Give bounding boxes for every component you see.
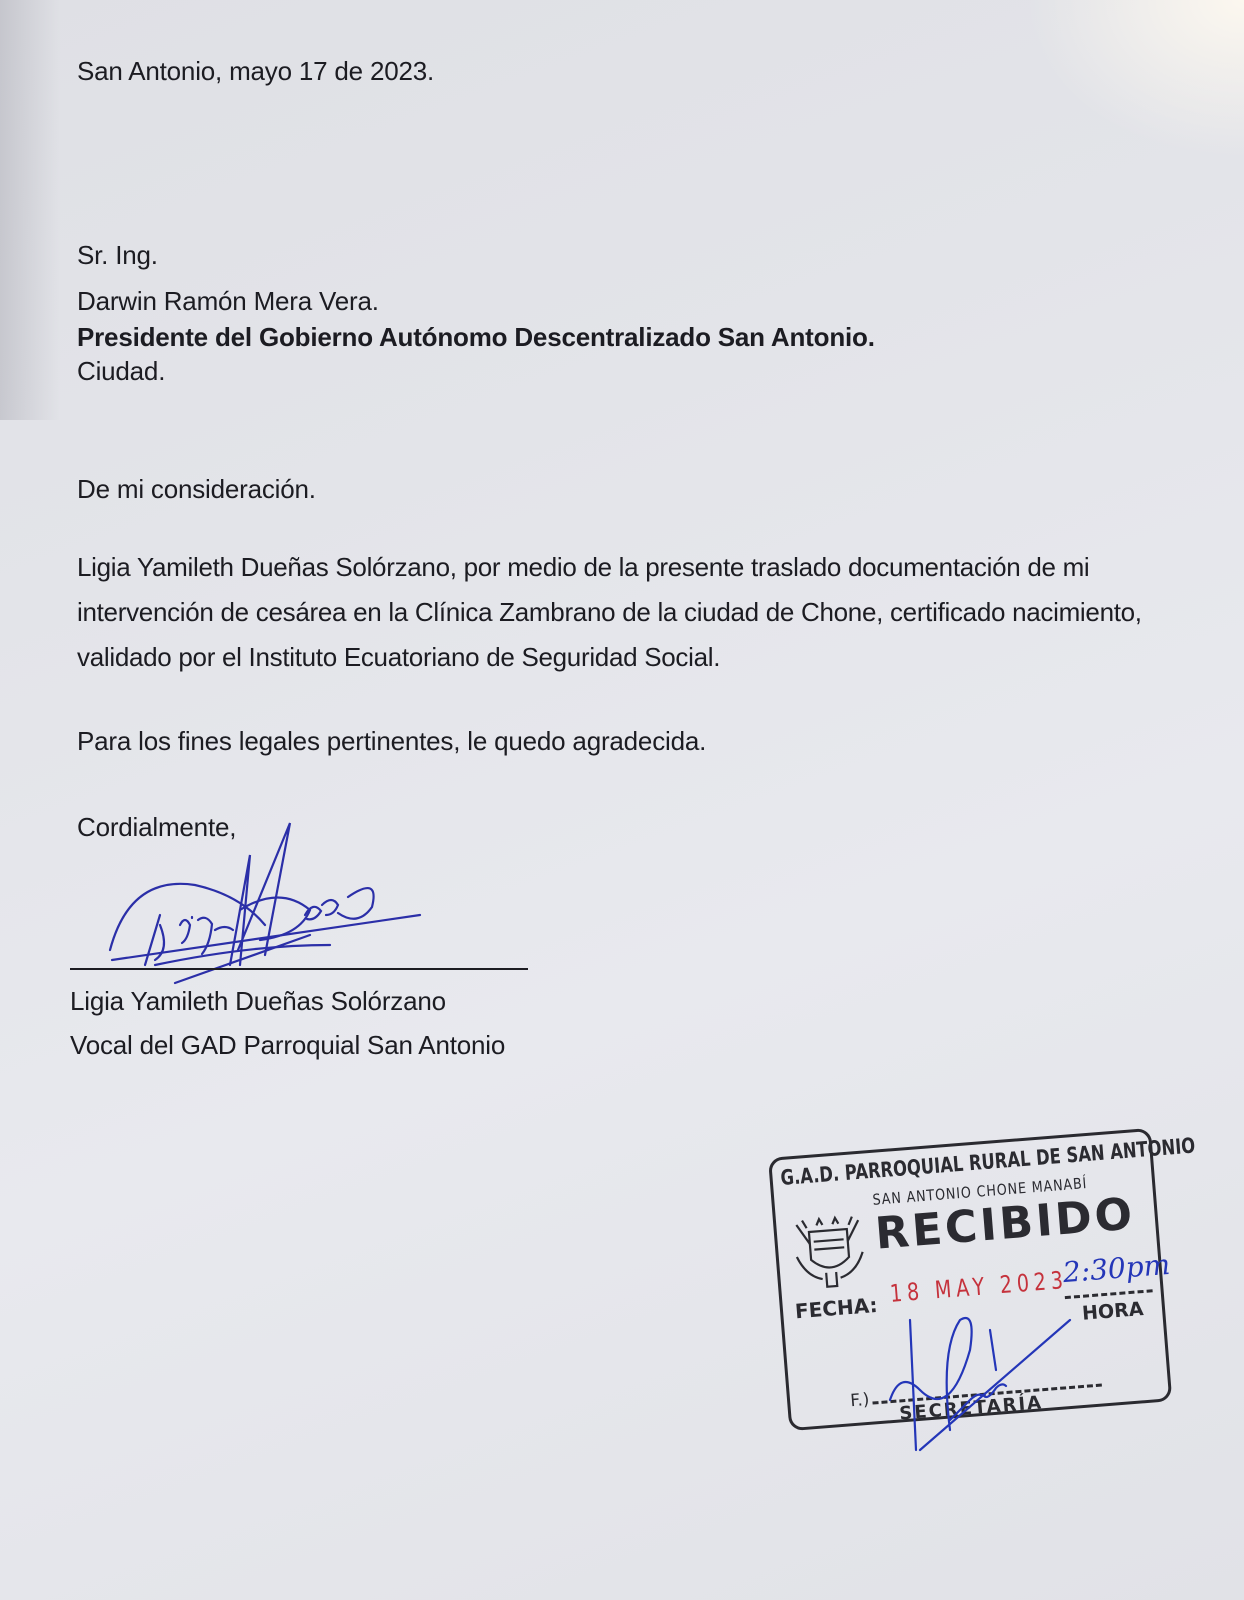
coat-of-arms-icon — [788, 1212, 872, 1292]
page-shadow — [0, 0, 60, 420]
recipient-name: Darwin Ramón Mera Vera. — [77, 284, 379, 318]
light-glare — [1024, 0, 1244, 160]
stamp-date-value: 18 MAY 2023 — [889, 1266, 1069, 1308]
recipient-title: Sr. Ing. — [77, 238, 158, 272]
body-paragraph: Ligia Yamileth Dueñas Solórzano, por med… — [77, 545, 1187, 680]
recipient-city: Ciudad. — [77, 354, 165, 388]
signer-name: Ligia Yamileth Dueñas Solórzano — [70, 984, 446, 1018]
signature-line — [70, 968, 528, 970]
recipient-position: Presidente del Gobierno Autónomo Descent… — [77, 320, 875, 354]
thanks-paragraph: Para los fines legales pertinentes, le q… — [77, 724, 706, 758]
closing: Cordialmente, — [77, 810, 236, 844]
stamp-date-label: FECHA: — [794, 1293, 878, 1323]
place-date: San Antonio, mayo 17 de 2023. — [77, 54, 434, 88]
stamp-time-value: 2:30pm — [1062, 1248, 1172, 1289]
stamp-signature-label: F.) — [850, 1390, 871, 1411]
salutation: De mi consideración. — [77, 472, 316, 506]
received-stamp: G.A.D. PARROQUIAL RURAL DE SAN ANTONIO S… — [768, 1128, 1172, 1431]
stamp-time-label: HORA — [1081, 1298, 1144, 1325]
signer-role: Vocal del GAD Parroquial San Antonio — [70, 1028, 505, 1062]
